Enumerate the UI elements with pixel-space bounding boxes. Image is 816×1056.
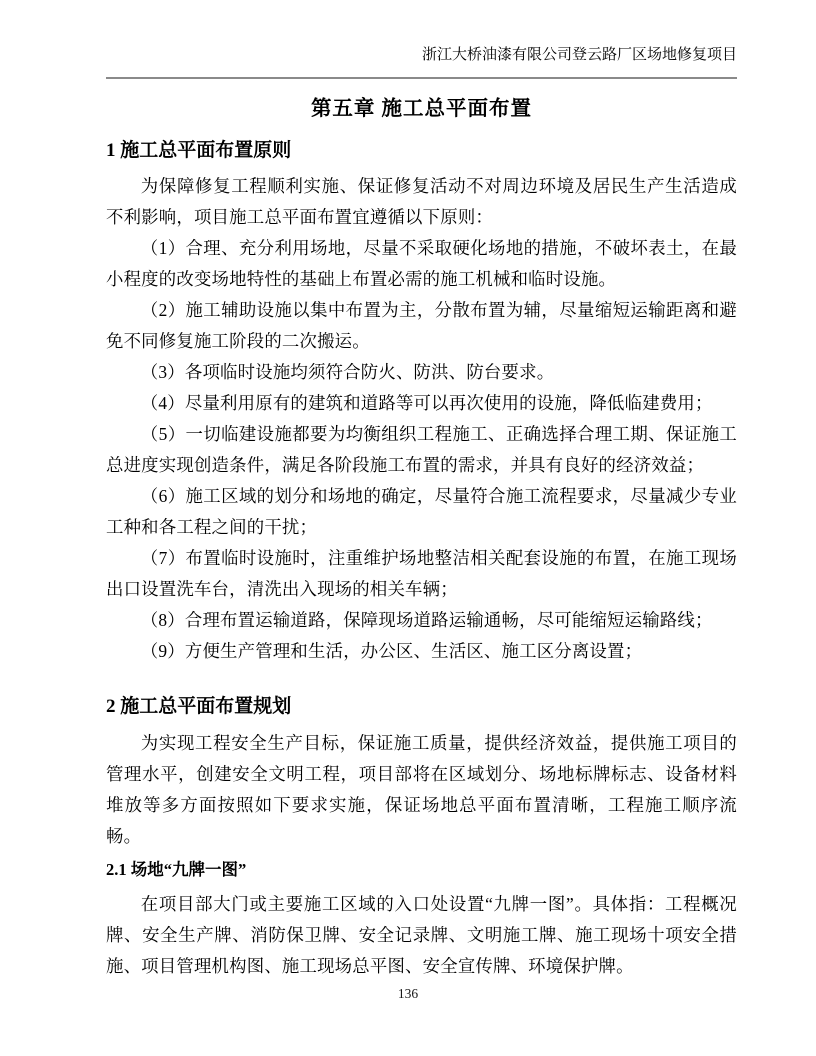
page-number: 136: [0, 985, 816, 1002]
list-item: （7）布置临时设施时，注重维护场地整洁相关配套设施的布置，在施工现场出口设置洗车…: [106, 543, 737, 605]
section-2-intro-paragraph: 为实现工程安全生产目标，保证施工质量，提供经济效益，提供施工项目的管理水平，创建…: [106, 728, 737, 852]
list-item: （5）一切临建设施都要为均衡组织工程施工、正确选择合理工期、保证施工总进度实现创…: [106, 419, 737, 481]
section-1-heading: 1 施工总平面布置原则: [106, 138, 737, 164]
chapter-title: 第五章 施工总平面布置: [106, 96, 737, 123]
list-item: （4）尽量利用原有的建筑和道路等可以再次使用的设施，降低临建费用；: [106, 388, 737, 419]
subsection-2-1-paragraph: 在项目部大门或主要施工区域的入口处设置“九牌一图”。具体指：工程概况牌、安全生产…: [106, 889, 737, 982]
page-header: 浙江大桥油漆有限公司登云路厂区场地修复项目: [106, 0, 737, 79]
list-item: （6）施工区域的划分和场地的确定，尽量符合施工流程要求，尽量减少专业工种和各工程…: [106, 481, 737, 543]
section-1-intro-paragraph: 为保障修复工程顺利实施、保证修复活动不对周边环境及居民生产生活造成不利影响，项目…: [106, 171, 737, 233]
list-item: （1）合理、充分利用场地，尽量不采取硬化场地的措施，不破坏表土，在最小程度的改变…: [106, 233, 737, 295]
list-item: （9）方便生产管理和生活，办公区、生活区、施工区分离设置；: [106, 636, 737, 667]
section-2-heading: 2 施工总平面布置规划: [106, 694, 737, 720]
list-item: （8）合理布置运输道路，保障现场道路运输通畅，尽可能缩短运输路线；: [106, 605, 737, 636]
subsection-2-1-heading: 2.1 场地“九牌一图”: [106, 859, 737, 881]
list-item: （3）各项临时设施均须符合防火、防洪、防台要求。: [106, 357, 737, 388]
header-title: 浙江大桥油漆有限公司登云路厂区场地修复项目: [422, 47, 737, 63]
document-page: 浙江大桥油漆有限公司登云路厂区场地修复项目 第五章 施工总平面布置 1 施工总平…: [0, 0, 816, 1056]
list-item: （2）施工辅助设施以集中布置为主，分散布置为辅，尽量缩短运输距离和避免不同修复施…: [106, 295, 737, 357]
